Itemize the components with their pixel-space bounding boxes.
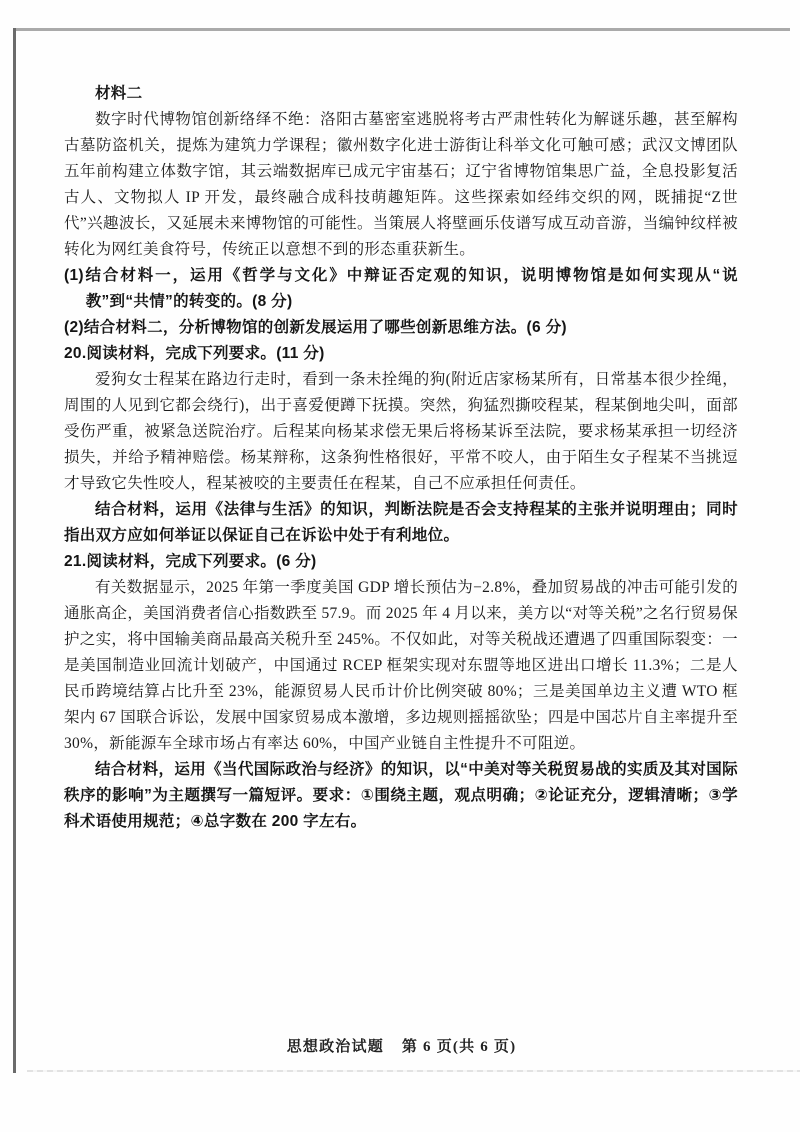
question-20-task: 结合材料，运用《法律与生活》的知识，判断法院是否会支持程某的主张并说明理由；同时… [64,497,738,549]
exam-body: 材料二 数字时代博物馆创新络绎不绝：洛阳古墓密室逃脱将考古严肃性转化为解谜乐趣，… [64,81,738,835]
exam-scan-page: 材料二 数字时代博物馆创新络绎不绝：洛阳古墓密室逃脱将考古严肃性转化为解谜乐趣，… [0,0,800,1132]
page-left-edge-line [13,28,16,1073]
page-bottom-edge-line [27,1070,800,1072]
material-2-paragraph: 数字时代博物馆创新络绎不绝：洛阳古墓密室逃脱将考古严肃性转化为解谜乐趣，甚至解构… [64,107,738,263]
page-top-edge-line [13,28,790,31]
page-number: 第 6 页(共 6 页) [402,1039,516,1055]
material-2-heading: 材料二 [64,81,738,107]
question-21-material: 有关数据显示，2025 年第一季度美国 GDP 增长预估为−2.8%，叠加贸易战… [64,575,738,757]
question-20-heading: 20.阅读材料，完成下列要求。(11 分) [64,341,738,367]
question-21-heading: 21.阅读材料，完成下列要求。(6 分) [64,549,738,575]
exam-title: 思想政治试题 [287,1039,384,1055]
page-footer: 思想政治试题第 6 页(共 6 页) [13,1035,790,1056]
question-19-part-2: (2)结合材料二，分析博物馆的创新发展运用了哪些创新思维方法。(6 分) [64,315,738,341]
question-19-part-1: (1)结合材料一，运用《哲学与文化》中辩证否定观的知识，说明博物馆是如何实现从“… [64,263,738,315]
question-20-material: 爱狗女士程某在路边行走时，看到一条未拴绳的狗(附近店家杨某所有，日常基本很少拴绳… [64,367,738,497]
question-21-task: 结合材料，运用《当代国际政治与经济》的知识，以“中美对等关税贸易战的实质及其对国… [64,757,738,835]
